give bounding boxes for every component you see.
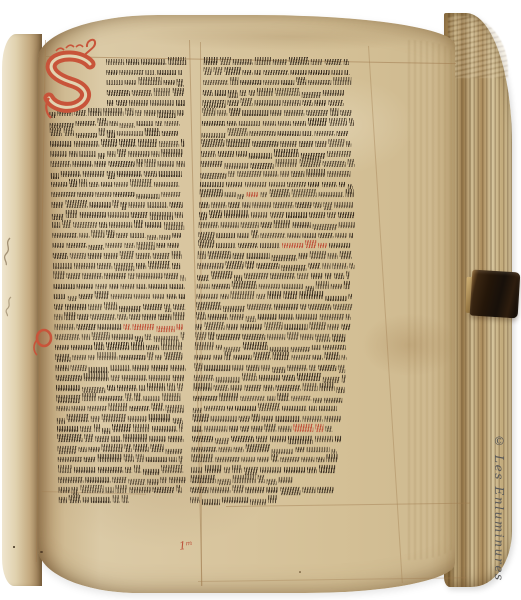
glyph-run [291,396,312,402]
illuminated-initial-s [42,38,104,122]
glyph-run [298,253,308,259]
glyph-run [153,253,170,259]
glyph-run [270,110,283,116]
glyph-run [129,406,149,412]
glyph-run [130,179,152,187]
script-line [54,312,212,322]
glyph-run [341,324,350,330]
glyph-run [164,304,171,312]
glyph-run [319,233,333,239]
glyph-run [202,108,215,116]
glyph-run [322,90,345,96]
glyph-run [261,222,272,228]
glyph-run [136,159,143,167]
glyph-run [61,171,81,177]
glyph-run [136,253,151,259]
glyph-run [245,316,256,322]
glyph-run [303,131,312,137]
photo-canvas: 1ᵐ © Les Enluminures [0,0,521,600]
glyph-run [74,141,100,147]
glyph-run [347,159,354,167]
page-curvature-grain [408,40,454,560]
glyph-run [51,182,67,188]
glyph-run [308,263,321,269]
glyph-run [202,121,225,127]
glyph-run [112,200,119,208]
glyph-run [197,263,223,269]
script-line [199,220,367,230]
glyph-run [181,275,186,281]
script-line [54,291,212,301]
glyph-run [287,332,298,340]
glyph-run [261,365,270,371]
script-line [51,189,209,199]
glyph-run [253,202,272,208]
glyph-run [117,385,137,391]
glyph-run [68,495,80,503]
glyph-run [50,123,74,129]
glyph-run [143,396,160,402]
glyph-run [153,294,165,300]
glyph-run [149,375,171,381]
glyph-run [107,100,114,106]
glyph-run [230,291,255,299]
script-line [191,465,359,475]
glyph-run [154,182,179,188]
glyph-run [193,414,209,422]
glyph-run [126,59,140,65]
glyph-run [246,365,259,371]
glyph-run [331,449,336,455]
glyph-run [344,59,349,65]
glyph-run [260,243,280,249]
glyph-run [324,352,340,360]
glyph-run [195,324,203,330]
glyph-run [157,161,174,167]
script-line [200,159,368,169]
script-line [202,118,370,128]
glyph-run [52,233,77,239]
glyph-run [155,355,162,361]
glyph-run [99,222,108,228]
glyph-run [134,336,143,342]
glyph-run [193,396,217,402]
glyph-run [167,243,179,249]
glyph-run [329,243,350,249]
glyph-run [257,88,273,96]
glyph-run [51,161,71,167]
glyph-run [158,314,172,320]
glyph-run [260,192,267,198]
glyph-run [169,284,184,290]
glyph-run [330,108,338,116]
glyph-run [88,304,102,310]
glyph-run [173,418,184,424]
glyph-run [291,347,311,353]
glyph-run [164,352,182,360]
script-line [50,128,208,138]
glyph-run [214,385,229,391]
glyph-run [124,324,131,330]
glyph-run [58,457,82,463]
glyph-run [164,222,184,230]
script-line [194,363,362,373]
glyph-run [228,171,236,177]
glyph-run [274,149,299,157]
glyph-run [320,314,344,320]
marginalia-squiggle [1,236,17,266]
glyph-run [55,345,69,351]
glyph-run [315,334,330,342]
glyph-run [267,334,285,340]
script-line [51,179,209,189]
glyph-run [62,220,71,228]
glyph-run [104,273,127,279]
glyph-run [89,447,100,453]
glyph-run [316,141,326,147]
glyph-run [225,192,236,198]
glyph-run [69,179,77,187]
glyph-run [346,271,349,279]
glyph-run [87,406,107,412]
glyph-run [237,171,261,177]
glyph-run [238,243,259,249]
glyph-run [181,139,185,147]
glyph-run [217,233,236,239]
script-line [53,251,211,261]
copyright-watermark: © Les Enluminures [492,434,505,594]
glyph-run [336,387,344,393]
glyph-run [263,80,279,86]
glyph-run [274,304,298,310]
script-line [201,128,369,138]
glyph-run [247,304,272,310]
glyph-run [348,294,352,300]
glyph-run [308,70,330,76]
glyph-run [181,332,185,340]
glyph-run [312,224,337,230]
glyph-run [273,59,287,65]
glyph-run [242,110,268,116]
glyph-run [95,284,107,290]
glyph-run [344,70,349,76]
glyph-run [286,212,307,218]
glyph-run [311,273,324,279]
glyph-run [196,312,206,320]
glyph-run [308,182,320,188]
glyph-run [58,477,83,483]
glyph-run [202,100,225,108]
glyph-run [82,393,96,401]
glyph-run [325,59,342,65]
glyph-run [270,436,286,442]
glyph-run [217,151,233,157]
glyph-run [50,128,63,136]
glyph-run [272,367,285,373]
script-line [191,475,359,485]
glyph-run [169,457,177,463]
glyph-run [215,438,229,444]
glyph-run [55,334,80,340]
glyph-run [167,383,175,391]
glyph-run [115,485,128,493]
glyph-run [194,355,211,361]
glyph-run [258,314,278,320]
glyph-run [79,233,89,239]
glyph-run [119,306,141,312]
glyph-run [250,499,266,505]
glyph-run [282,375,294,381]
glyph-run [340,251,352,259]
script-line [198,230,366,240]
glyph-run [211,284,229,290]
glyph-run [177,79,184,87]
glyph-run [296,373,321,381]
glyph-run [126,108,134,116]
glyph-run [91,230,104,238]
glyph-run [292,171,305,177]
glyph-run [307,447,329,453]
glyph-run [128,273,134,279]
glyph-run [83,171,105,177]
glyph-run [220,294,228,300]
glyph-run [270,212,284,218]
glyph-run [323,345,346,351]
glyph-run [215,377,240,383]
glyph-run [329,100,344,106]
glyph-run [67,243,88,249]
glyph-run [271,454,279,462]
glyph-run [59,487,70,493]
script-line [190,495,358,505]
glyph-run [129,100,148,106]
script-line [194,352,362,362]
glyph-run [120,284,134,290]
glyph-run [334,202,353,208]
glyph-run [128,151,149,157]
glyph-run [178,70,183,76]
ink-speck [13,546,15,548]
glyph-run [327,171,350,177]
glyph-run [133,424,150,432]
glyph-run [71,406,85,412]
glyph-run [136,263,146,269]
quire-signature: 1ᵐ [178,538,193,552]
glyph-run [201,151,216,157]
glyph-run [76,133,97,139]
glyph-run [84,457,96,463]
glyph-run [252,141,278,147]
glyph-run [136,454,144,462]
glyph-run [191,475,217,483]
glyph-run [242,373,257,381]
script-line [56,393,214,403]
glyph-run [305,240,316,248]
script-line [56,383,214,393]
glyph-run [240,324,263,330]
glyph-run [339,182,347,188]
glyph-run [258,457,270,463]
glyph-run [254,57,271,65]
glyph-run [280,487,300,495]
glyph-run [97,324,122,330]
glyph-run [70,253,86,259]
script-line [201,149,369,159]
glyph-run [332,70,343,76]
glyph-run [172,233,181,239]
glyph-run [122,375,147,381]
glyph-run [213,67,222,75]
glyph-run [150,212,174,220]
glyph-run [332,334,345,342]
glyph-run [235,151,246,157]
glyph-run [106,230,115,238]
glyph-run [319,365,337,371]
glyph-run [296,314,318,320]
glyph-run [128,479,146,485]
glyph-run [112,424,131,432]
glyph-run [350,263,354,269]
script-line [192,414,360,424]
glyph-run [52,214,64,220]
glyph-run [281,457,299,463]
glyph-run [53,243,65,249]
glyph-run [131,342,143,350]
script-line [50,149,208,159]
glyph-run [282,406,307,412]
glyph-run [237,233,249,239]
glyph-run [90,202,111,208]
glyph-run [191,454,213,462]
glyph-run [152,426,177,432]
glyph-run [330,284,341,290]
glyph-run [328,139,345,147]
glyph-run [152,487,174,493]
glyph-run [124,434,148,442]
glyph-run [157,110,175,118]
glyph-run [56,365,69,371]
glyph-run [223,306,245,312]
glyph-run [112,334,133,340]
glyph-run [64,128,74,136]
glyph-run [346,189,354,197]
glyph-run [53,271,64,279]
glyph-run [145,334,152,340]
glyph-run [199,212,207,220]
glyph-run [58,465,72,473]
glyph-run [251,414,260,422]
glyph-run [97,454,121,462]
glyph-run [275,159,297,167]
glyph-run [146,345,159,351]
glyph-run [256,436,268,442]
glyph-run [323,161,346,167]
glyph-run [129,202,146,208]
glyph-run [203,80,228,86]
glyph-run [58,446,77,454]
glyph-run [108,212,130,218]
glyph-run [197,284,210,290]
glyph-run [325,426,332,432]
glyph-run [194,375,214,381]
glyph-run [314,131,334,137]
glyph-run [227,139,251,147]
glyph-run [313,202,322,208]
glyph-run [76,284,93,290]
glyph-run [324,398,342,404]
glyph-run [251,230,258,238]
glyph-run [80,485,104,493]
glyph-run [156,121,163,127]
glyph-run [193,408,202,414]
glyph-run [200,173,226,179]
glyph-run [74,263,95,269]
glyph-run [313,398,322,404]
glyph-run [263,171,278,177]
glyph-run [95,436,109,442]
glyph-run [205,322,225,330]
glyph-run [161,149,182,157]
glyph-run [69,151,78,157]
script-line [200,169,368,179]
glyph-run [110,365,131,371]
glyph-run [179,294,185,300]
glyph-run [218,479,231,485]
script-line [194,373,362,383]
glyph-run [344,281,350,289]
glyph-run [316,457,324,463]
glyph-run [242,334,265,340]
glyph-run [204,426,227,432]
glyph-run [135,110,142,116]
glyph-run [244,182,267,188]
script-line [202,98,370,108]
glyph-run [116,100,128,106]
glyph-run [288,233,301,239]
glyph-run [190,487,208,493]
glyph-run [274,220,291,228]
glyph-run [192,426,202,432]
glyph-run [154,336,179,342]
glyph-run [309,406,317,412]
glyph-run [287,365,307,371]
glyph-run [226,182,243,188]
glyph-run [71,345,92,351]
glyph-run [284,324,307,330]
glyph-run [334,273,344,279]
glyph-run [289,57,309,65]
glyph-run [161,192,180,198]
glyph-run [160,235,171,241]
glyph-run [168,436,183,442]
glyph-run [133,444,149,452]
glyph-run [134,220,144,228]
glyph-run [246,253,269,259]
glyph-run [258,284,280,290]
glyph-run [229,426,239,432]
glyph-run [162,131,178,137]
glyph-run [219,393,239,401]
glyph-run [139,77,162,85]
glyph-run [211,202,227,208]
glyph-run [172,263,180,269]
glyph-run [299,141,314,147]
glyph-run [109,222,132,228]
glyph-run [72,161,92,167]
script-line [192,434,360,444]
glyph-run [67,296,76,302]
script-line [203,88,371,98]
